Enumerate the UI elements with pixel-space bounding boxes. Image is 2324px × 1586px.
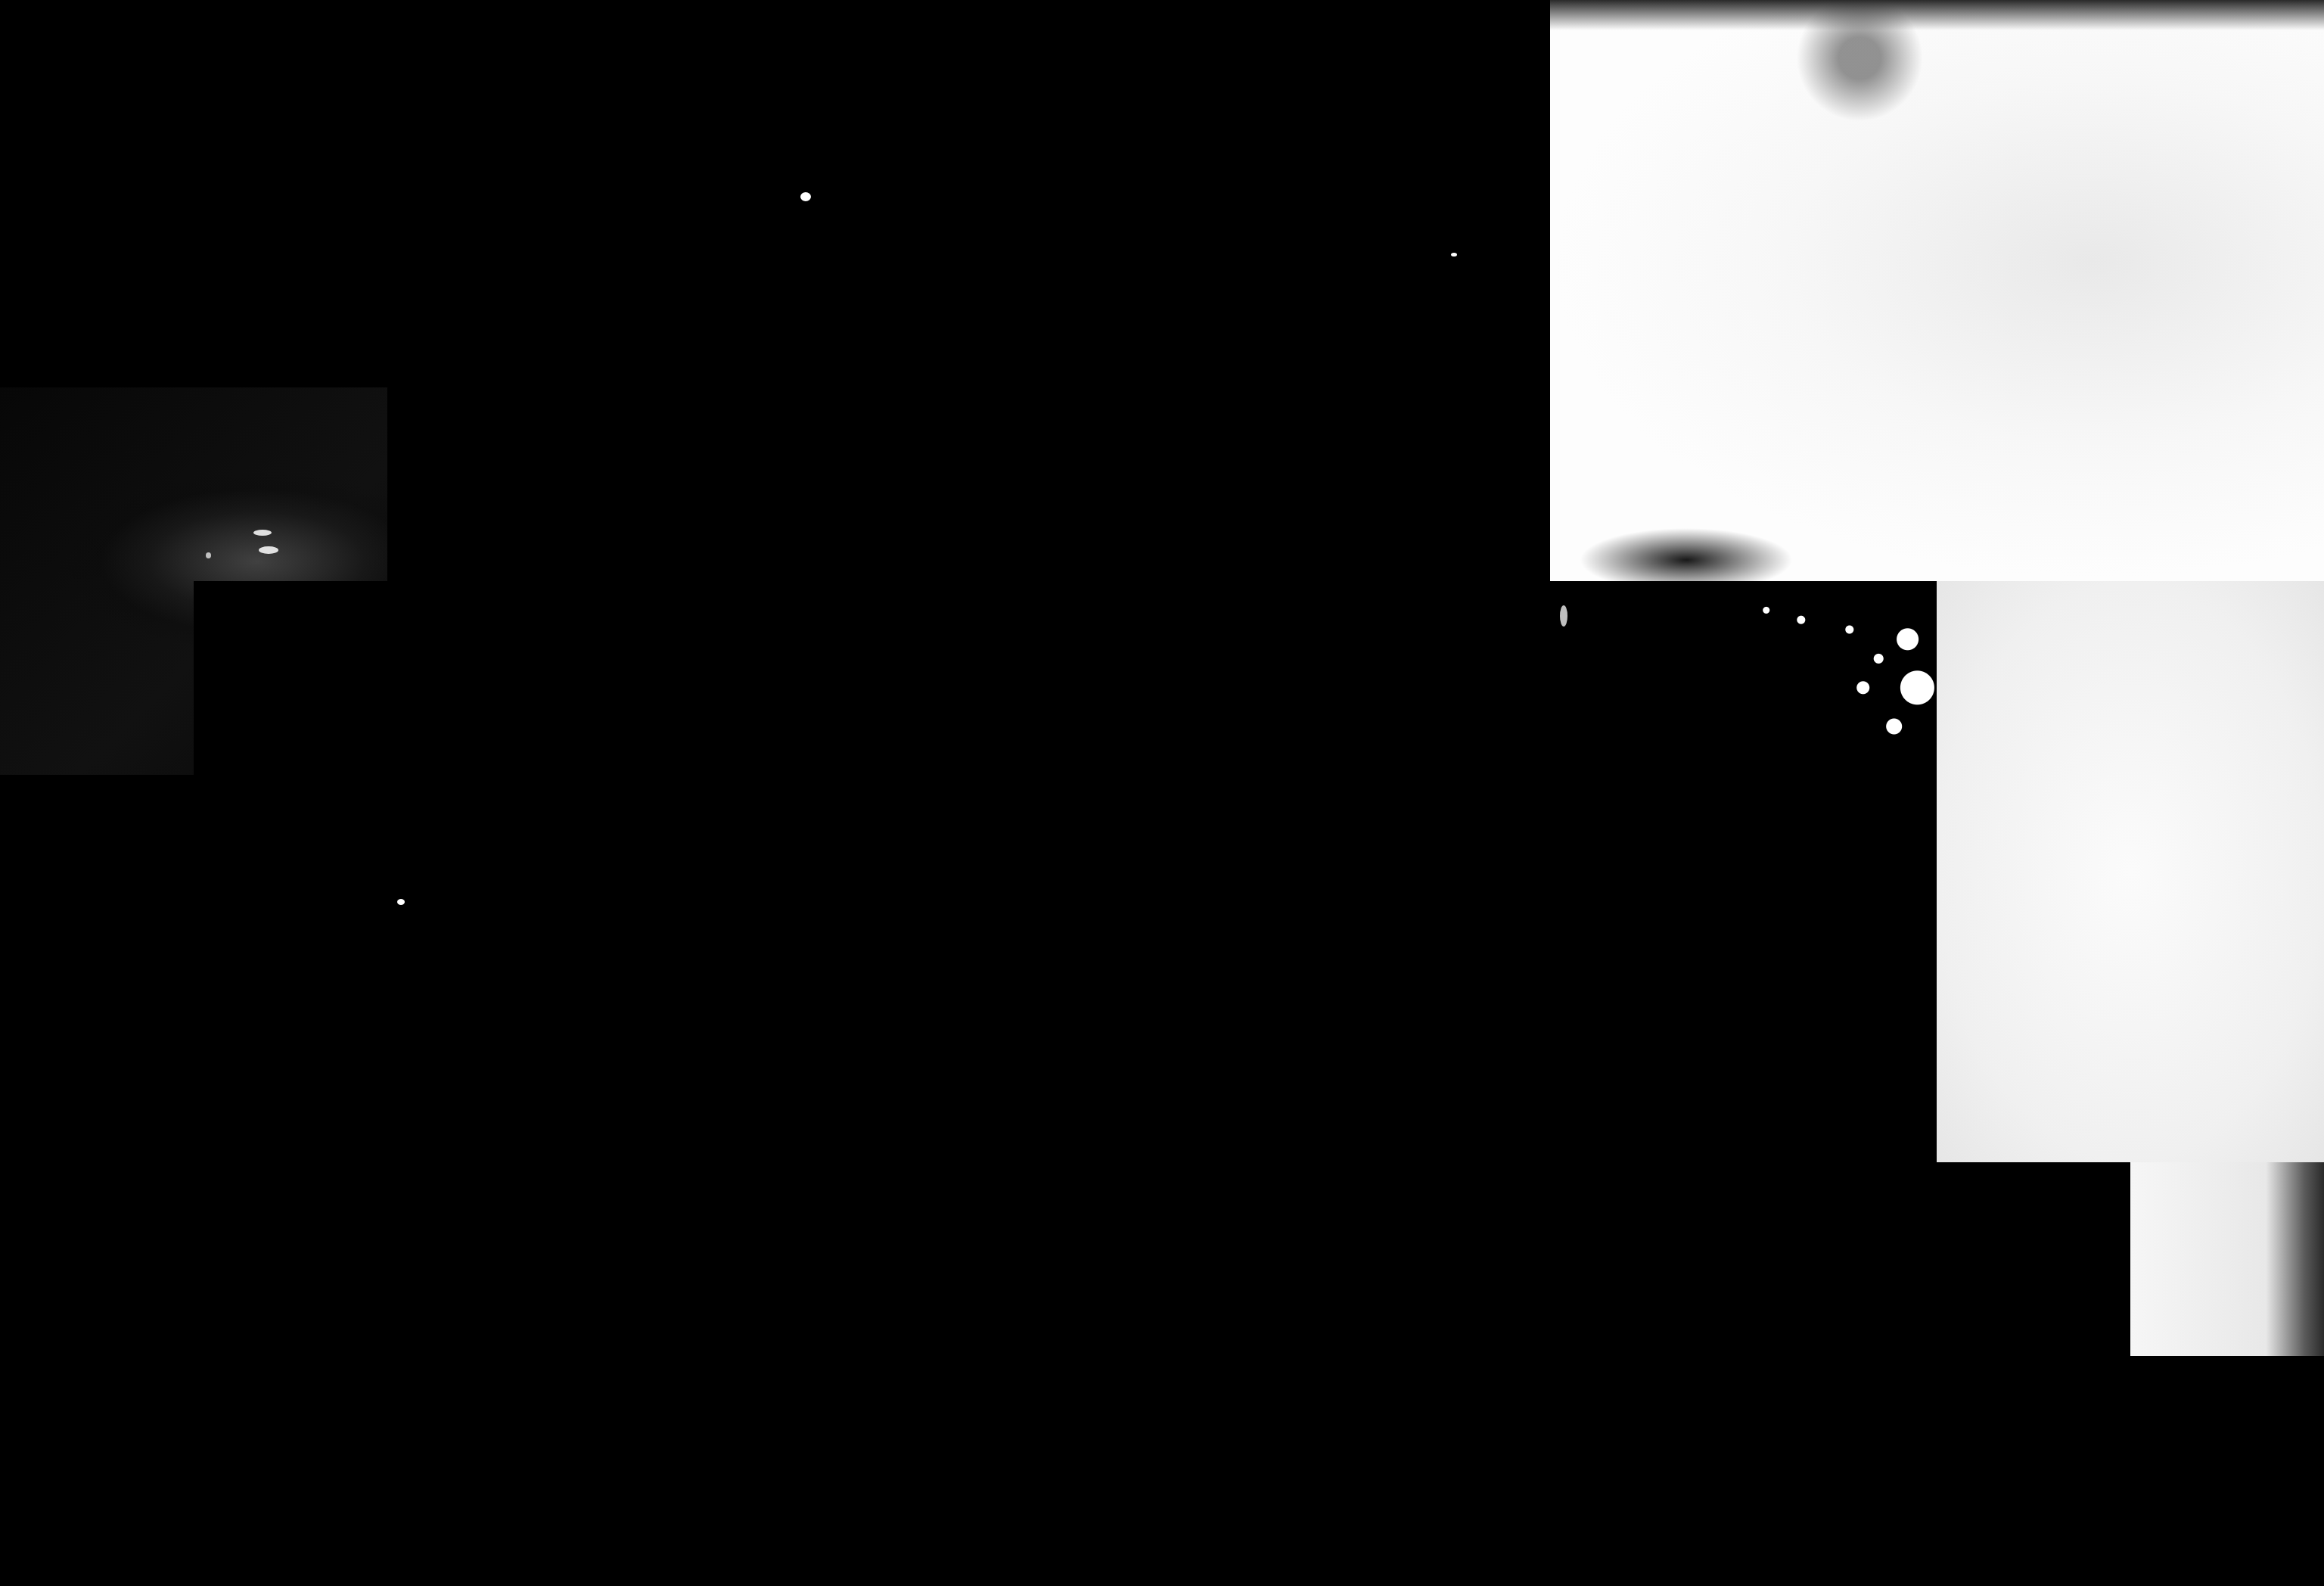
image-mosaic (0, 0, 2324, 1586)
bright-spot (397, 899, 405, 905)
bright-spot (259, 546, 278, 554)
dim-glow-tile (0, 387, 387, 775)
bright-tile-bottom-right (2130, 1162, 2324, 1356)
bright-spot (1451, 253, 1457, 257)
bright-tile-top-right (1550, 0, 2324, 581)
speckled-tile (1743, 581, 1937, 775)
bright-spot (206, 552, 211, 558)
bright-tile-right (1937, 581, 2324, 1162)
bright-spot (800, 192, 811, 201)
bright-spot (253, 530, 272, 536)
bright-spot (1560, 605, 1567, 627)
